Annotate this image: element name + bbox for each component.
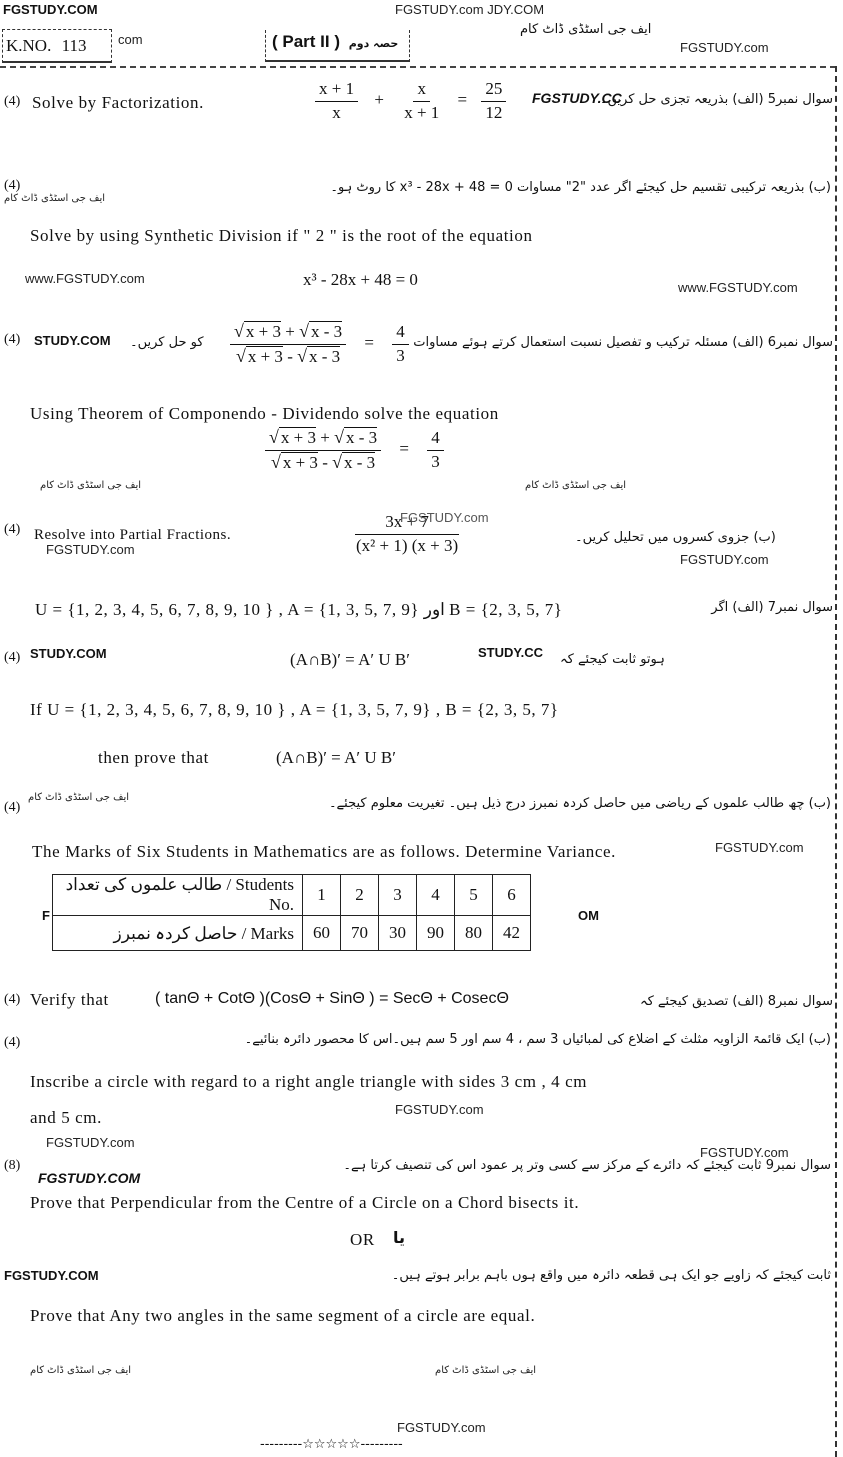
q8b-urdu: (ب) ایک قائمۃ الزاویہ مثلث کے اضلاع کی ل… [245,1032,831,1047]
q6a-den-op-en: - [322,453,328,472]
table-cell: 6 [493,875,531,916]
q8a-english: Verify that [30,990,109,1010]
watermark-urdu-header: ایف جی اسٹڈی ڈاٹ کام [520,22,651,37]
q6a-equation-english: √x + 3 + √x - 3 √x + 3 - √x - 3 = 43 [265,428,444,473]
q6a-num-op: + [285,322,295,341]
watermark-study-cc: STUDY.CC [478,645,543,660]
q7a-urdu-label: سوال نمبر7 (الف) اگر [711,600,833,615]
q6a-den-b: x - 3 [307,346,340,366]
q6a-den-a-en: x + 3 [281,452,318,472]
q8b-english-line2: and 5 cm. [30,1108,102,1128]
watermark-study-com-q7: STUDY.COM [30,646,107,661]
watermark-urdu-q5b: ایف جی اسٹڈی ڈاٹ کام [4,193,105,204]
watermark-www-right: www.FGSTUDY.com [678,280,798,295]
watermark-om: OM [578,908,599,923]
table-cell: 80 [455,916,493,951]
q6b-den: (x² + 1) (x + 3) [352,535,462,556]
part-label-box: ( Part II ) حصہ دوم [265,30,410,62]
q9-or-urdu: یا [393,1228,405,1247]
q6a-den-b-en: x - 3 [342,452,375,472]
q5b-urdu: (ب) بذریعہ ترکیبی تقسیم حل کیجئے اگر عدد… [330,180,831,195]
q6a-rhs-den: 3 [392,345,409,366]
end-of-paper-stars: ---------☆☆☆☆☆--------- [260,1437,403,1452]
watermark-fgstudy-q7b: FGSTUDY.com [715,840,804,855]
q9-marks: (8) [4,1158,20,1174]
q7a-english-line1: If U = {1, 2, 3, 4, 5, 6, 7, 8, 9, 10 } … [30,700,559,720]
q6a-english: Using Theorem of Componendo - Dividendo … [30,404,499,424]
table-row: حاصل کردہ نمبرز / Marks 60 70 30 90 80 4… [53,916,531,951]
k-no-value: 113 [62,36,87,55]
q6b-urdu: (ب) جزوی کسروں میں تحلیل کریں۔ [575,530,776,545]
q9-urdu-part2: ثابت کیجئے کہ زاویے جو ایک ہی قطعہ دائرہ… [392,1268,831,1283]
q6a-den-a: x + 3 [246,346,283,366]
q6a-rhs-den-en: 3 [427,451,444,472]
q5b-equation: x³ - 28x + 48 = 0 [303,270,418,290]
part-label-urdu: حصہ دوم [349,37,399,50]
q6a-urdu-left: کو حل کریں۔ [130,335,204,350]
q5a-frac1-den: x [328,102,345,123]
q5a-rhs-den: 12 [481,102,506,123]
q7a-english-identity: (A∩B)′ = A′ U B′ [276,748,396,768]
q6a-equation: √x + 3 + √x - 3 √x + 3 - √x - 3 = 43 [230,322,409,367]
k-no-box: K.NO. 113 [2,29,112,63]
q7a-urdu-line2: ہوتو ثابت کیجئے کہ [560,652,665,667]
table-cell: 30 [379,916,417,951]
q8b-english-line1: Inscribe a circle with regard to a right… [30,1072,587,1092]
table-header-students: طالب علموں کی تعداد / Students No. [53,875,303,916]
q6a-num-a-en: x + 3 [279,427,316,447]
q6a-rhs-num-en: 4 [427,429,444,451]
table-cell: 90 [417,916,455,951]
watermark-fgstudy-footer: FGSTUDY.com [397,1420,486,1435]
watermark-top-left: FGSTUDY.COM [3,2,98,17]
q7a-identity: (A∩B)′ = A′ U B′ [290,650,410,670]
q6a-num-op-en: + [320,428,330,447]
q9-urdu-part1: سوال نمبر9 ثابت کیجئے کہ دائرے کے مرکز س… [343,1158,831,1173]
equals-sign: = [364,333,374,352]
q5a-english: Solve by Factorization. [32,93,204,113]
watermark-top-center: FGSTUDY.com JDY.COM [395,2,544,17]
q5a-rhs-num: 25 [481,80,506,102]
q5b-marks: (4) [4,178,20,194]
q7a-english-prefix: then prove that [98,748,209,768]
watermark-urdu-footer-left: ایف جی اسٹڈی ڈاٹ کام [30,1365,131,1376]
watermark-header-right: FGSTUDY.com [680,40,769,55]
q6a-num-a: x + 3 [244,321,281,341]
equals-sign: = [458,90,468,109]
q6a-urdu-right: سوال نمبر6 (الف) مسئلہ ترکیب و تفصیل نسب… [413,335,833,350]
watermark-urdu-q6-right: ایف جی اسٹڈی ڈاٹ کام [525,480,626,491]
table-cell: 60 [303,916,341,951]
q8a-identity: ( tanΘ + CotΘ )(CosΘ + SinΘ ) = SecΘ + C… [155,990,509,1008]
watermark-fgstudy-caps-q9: FGSTUDY.COM [38,1170,140,1186]
k-no-label: K.NO. [6,36,51,55]
watermark-fgstudy-caps-q9b: FGSTUDY.COM [4,1268,99,1283]
watermark-fgstudy-q9: FGSTUDY.com [46,1135,135,1150]
q9-english-part1: Prove that Perpendicular from the Centre… [30,1193,579,1213]
q5a-marks: (4) [4,94,20,110]
watermark-study-com: STUDY.COM [34,333,111,348]
q6a-den-op: - [287,347,293,366]
table-header-marks: حاصل کردہ نمبرز / Marks [53,916,303,951]
table-row: طالب علموں کی تعداد / Students No. 1 2 3… [53,875,531,916]
q7b-english: The Marks of Six Students in Mathematics… [32,842,616,862]
q7b-urdu: (ب) چھ طالب علموں کے ریاضی میں حاصل کردہ… [329,796,831,811]
part-label: ( Part II ) [272,32,340,51]
q8b-marks: (4) [4,1035,20,1051]
q9-or-english: OR [350,1230,375,1250]
q5a-urdu: سوال نمبر5 (الف) بذریعہ تجزی حل کریں۔ [600,92,833,107]
watermark-com: com [118,32,143,47]
q5a-frac1-num: x + 1 [315,80,358,102]
plus-sign: + [374,90,384,109]
table-cell: 5 [455,875,493,916]
q6a-num-b: x - 3 [309,321,342,341]
watermark-f: F [42,908,50,923]
q7b-marks: (4) [4,800,20,816]
right-border [835,66,837,1457]
table-cell: 4 [417,875,455,916]
watermark-fgstudy-q6b-right: FGSTUDY.com [680,552,769,567]
q6a-rhs-num: 4 [392,323,409,345]
table-cell: 3 [379,875,417,916]
header-divider [0,66,836,68]
watermark-fgstudy-q6b: FGSTUDY.com [46,542,135,557]
table-cell: 1 [303,875,341,916]
table-cell: 42 [493,916,531,951]
q7a-sets-line: U = {1, 2, 3, 4, 5, 6, 7, 8, 9, 10 } , A… [35,600,562,620]
watermark-fgstudy-q8: FGSTUDY.com [395,1102,484,1117]
watermark-fgstudy-q6b-mid: FGSTUDY.com [400,510,489,525]
q6b-marks: (4) [4,522,20,538]
q5a-frac2-den: x + 1 [400,102,443,123]
q7a-marks: (4) [4,650,20,666]
q8a-marks: (4) [4,992,20,1008]
q9-english-part2: Prove that Any two angles in the same se… [30,1306,535,1326]
watermark-urdu-footer-center: ایف جی اسٹڈی ڈاٹ کام [435,1365,536,1376]
table-cell: 2 [341,875,379,916]
q8a-urdu: سوال نمبر8 (الف) تصدیق کیجئے کہ [640,994,833,1009]
equals-sign: = [399,439,409,458]
watermark-urdu-q7b: ایف جی اسٹڈی ڈاٹ کام [28,792,129,803]
watermark-www-left: www.FGSTUDY.com [25,271,145,286]
q6a-marks: (4) [4,332,20,348]
q5b-english: Solve by using Synthetic Division if " 2… [30,226,533,246]
table-cell: 70 [341,916,379,951]
q5a-frac2-num: x [413,80,430,102]
watermark-urdu-q6-left: ایف جی اسٹڈی ڈاٹ کام [40,480,141,491]
marks-table: طالب علموں کی تعداد / Students No. 1 2 3… [52,874,531,951]
q5a-equation: x + 1x + xx + 1 = 2512 [315,80,506,122]
q6a-num-b-en: x - 3 [344,427,377,447]
